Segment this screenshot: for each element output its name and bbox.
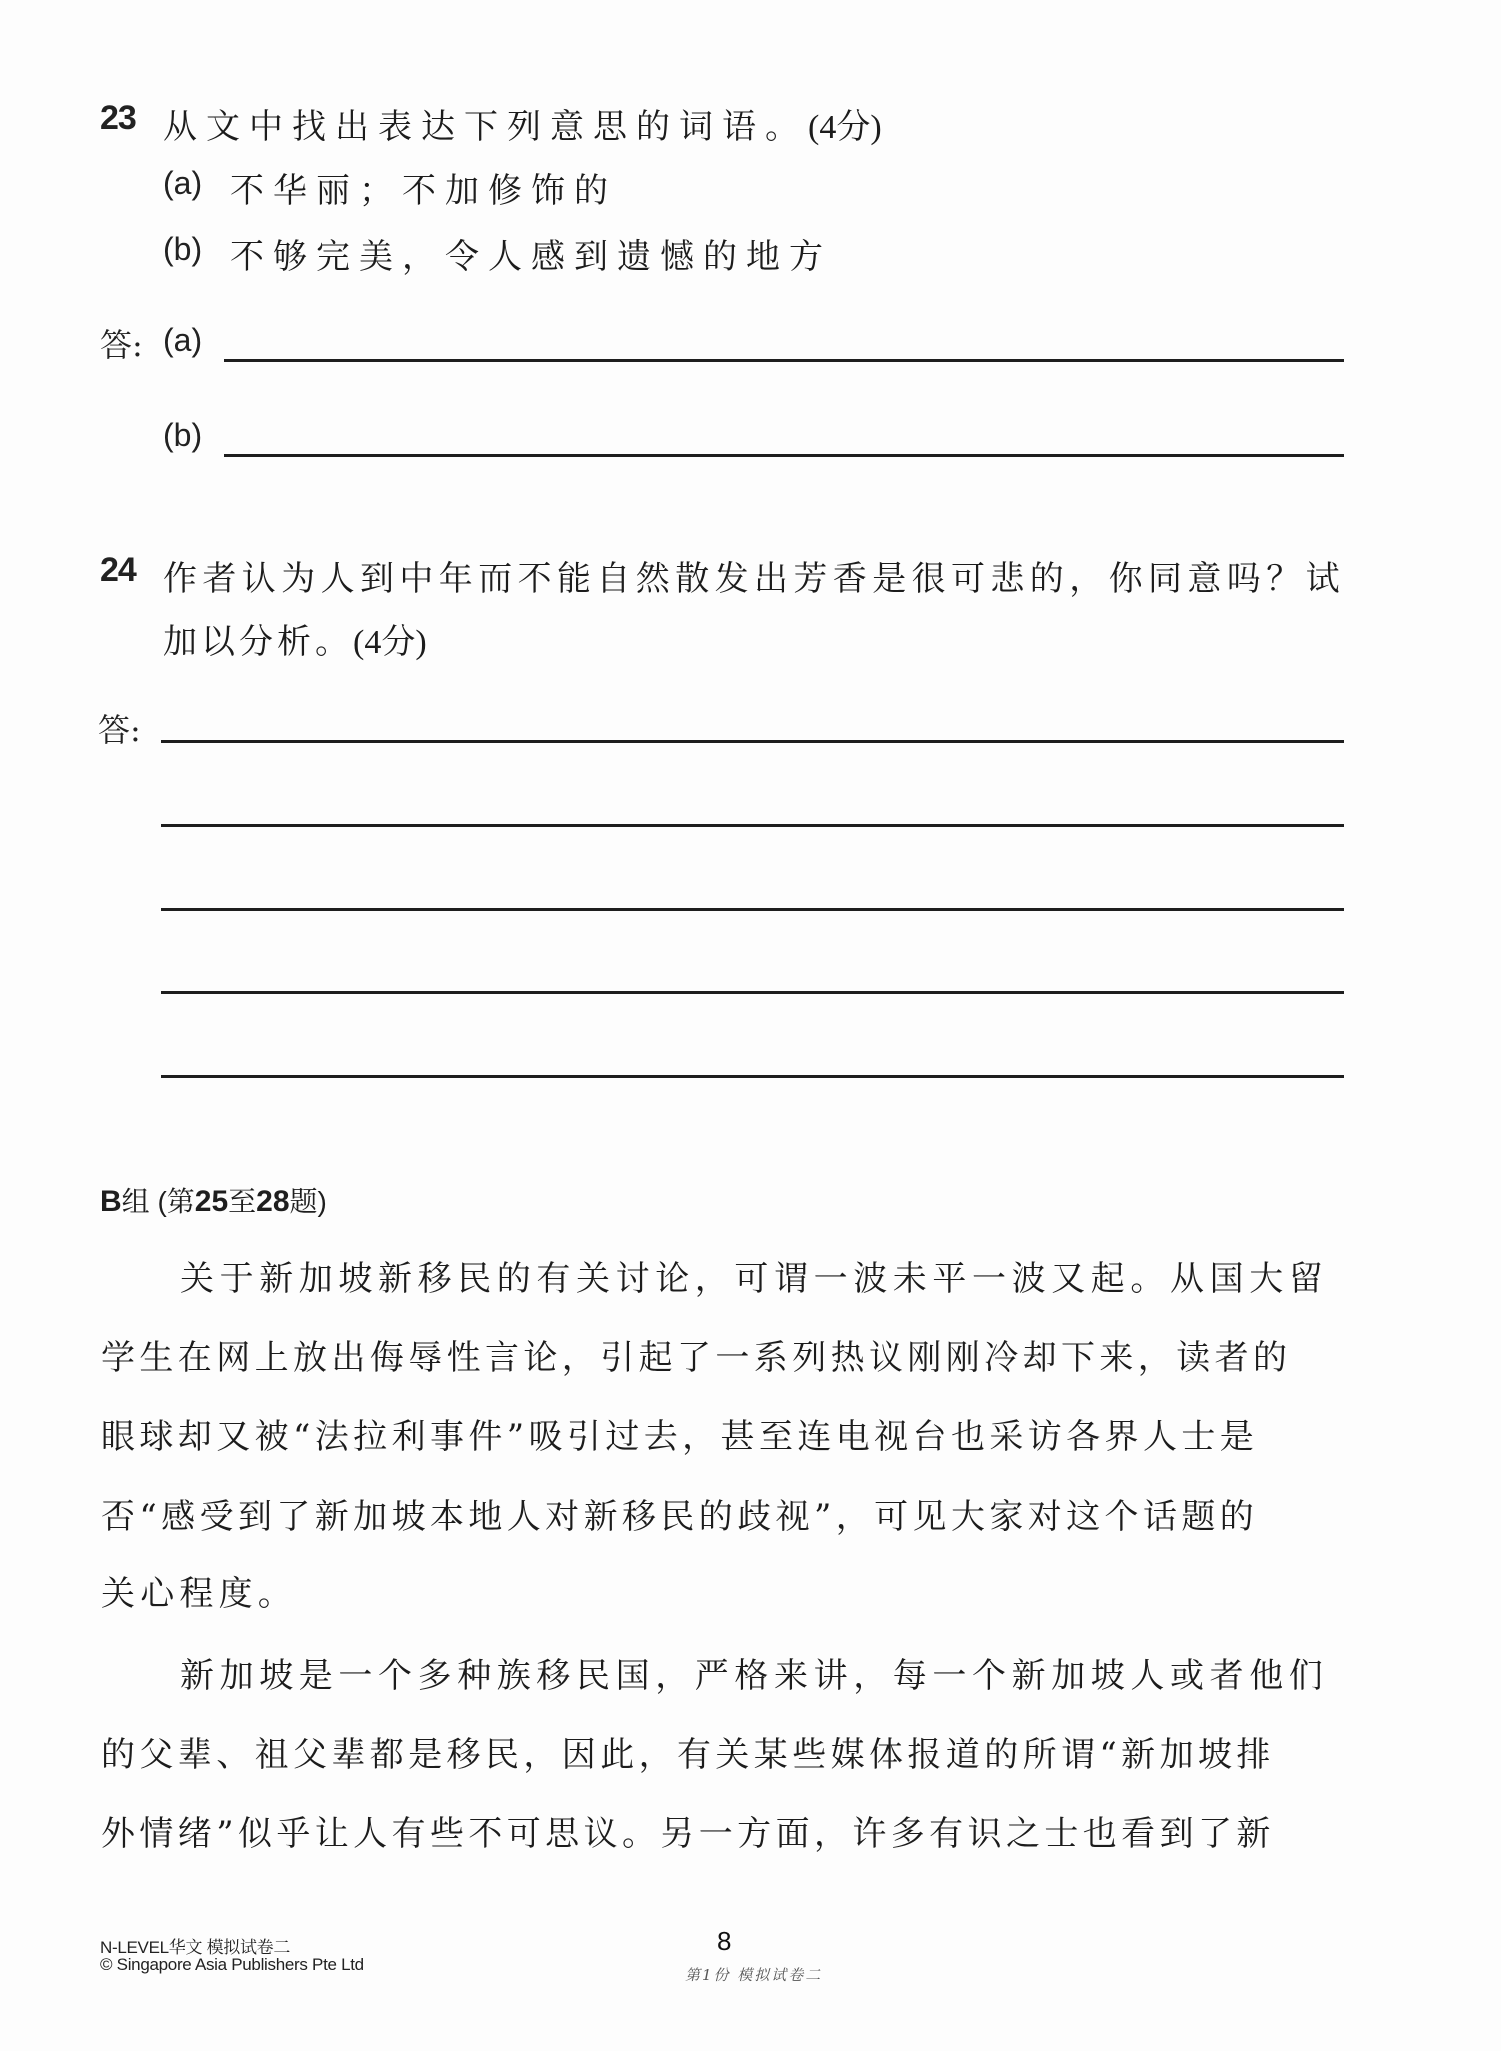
question-23-answer-a-label: (a)	[163, 322, 202, 359]
question-24-prompt-line2: 加以分析。(4分)	[163, 614, 427, 663]
paragraph-line: 眼球却又被“法拉利事件”吸引过去，甚至连电视台也采访各界人士是	[101, 1409, 1258, 1458]
question-23-answer-label: 答:	[100, 320, 143, 366]
question-24-text-line2: 加以分析。	[163, 622, 353, 662]
paragraph-line: 否“感受到了新加坡本地人对新移民的歧视”，可见大家对这个话题的	[101, 1489, 1258, 1538]
paragraph-line: 关于新加坡新移民的有关讨论，可谓一波未平一波又起。从国大留	[180, 1251, 1328, 1300]
question-23-item-a-text: 不华丽；不加修饰的	[230, 163, 617, 212]
question-24-text-line1: 作者认为人到中年而不能自然散发出芳香是很可悲的，你同意吗？试	[163, 551, 1345, 600]
question-23-item-b-label: (b)	[163, 231, 202, 268]
footer-copyright: © Singapore Asia Publishers Pte Ltd	[100, 1955, 364, 1975]
question-23-prompt: 从文中找出表达下列意思的词语。(4分)	[163, 99, 882, 148]
question-23-marks: (4分)	[808, 109, 882, 146]
section-suffix: 题)	[290, 1186, 327, 1217]
section-from-number: 25	[195, 1185, 228, 1218]
question-23-item-a-label: (a)	[163, 165, 202, 202]
question-24-answer-label: 答:	[98, 705, 141, 751]
question-24-answer-line-3[interactable]	[161, 908, 1344, 911]
section-heading: B组 (第25至28题)	[100, 1180, 327, 1220]
section-to-word: 至	[228, 1186, 256, 1217]
paragraph-line: 新加坡是一个多种族移民国，严格来讲，每一个新加坡人或者他们	[180, 1648, 1328, 1697]
question-23-text: 从文中找出表达下列意思的词语。	[163, 107, 808, 147]
question-24-answer-line-5[interactable]	[161, 1075, 1344, 1078]
question-23-answer-a-line[interactable]	[224, 359, 1344, 362]
paragraph-line: 外情绪”似乎让人有些不可思议。另一方面，许多有识之士也看到了新	[101, 1806, 1275, 1855]
question-23-item-b-text: 不够完美，令人感到遗憾的地方	[230, 229, 832, 278]
section-prefix: B	[100, 1185, 122, 1218]
question-24-answer-line-1[interactable]	[161, 740, 1344, 743]
paragraph-line: 关心程度。	[101, 1566, 297, 1615]
paragraph-line: 学生在网上放出侮辱性言论，引起了一系列热议刚刚冷却下来，读者的	[101, 1330, 1291, 1379]
question-23-answer-b-line[interactable]	[224, 454, 1344, 457]
question-number-24: 24	[100, 551, 136, 590]
question-number-23: 23	[100, 99, 136, 138]
page-caption: 第1份 模拟试卷二	[685, 1964, 822, 1985]
paragraph-line: 的父辈、祖父辈都是移民，因此，有关某些媒体报道的所谓“新加坡排	[101, 1727, 1275, 1776]
question-24-answer-line-4[interactable]	[161, 991, 1344, 994]
question-24-answer-line-2[interactable]	[161, 824, 1344, 827]
section-to-number: 28	[256, 1185, 289, 1218]
section-group-text: 组 (第	[122, 1186, 195, 1217]
question-24-marks: (4分)	[353, 624, 427, 661]
page-number: 8	[717, 1926, 731, 1957]
question-23-answer-b-label: (b)	[163, 417, 202, 454]
